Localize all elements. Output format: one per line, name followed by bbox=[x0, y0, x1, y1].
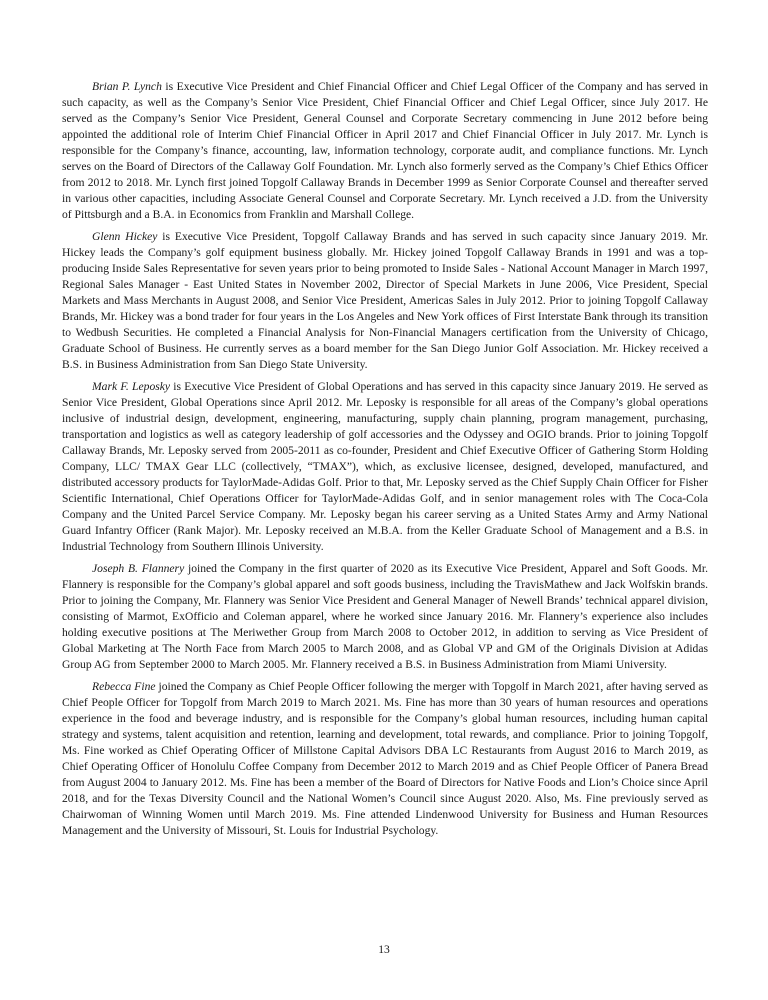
executive-name: Joseph B. Flannery bbox=[92, 562, 184, 575]
executive-name: Brian P. Lynch bbox=[92, 80, 162, 93]
executive-name: Rebecca Fine bbox=[92, 680, 156, 693]
bio-paragraph-lynch: Brian P. Lynch is Executive Vice Preside… bbox=[62, 79, 708, 223]
bio-text: is Executive Vice President and Chief Fi… bbox=[62, 80, 708, 221]
bio-paragraph-hickey: Glenn Hickey is Executive Vice President… bbox=[62, 229, 708, 373]
document-body: Brian P. Lynch is Executive Vice Preside… bbox=[62, 79, 708, 845]
page-number: 13 bbox=[0, 943, 768, 956]
bio-paragraph-flannery: Joseph B. Flannery joined the Company in… bbox=[62, 561, 708, 673]
bio-text: is Executive Vice President, Topgolf Cal… bbox=[62, 230, 708, 371]
executive-name: Mark F. Leposky bbox=[92, 380, 170, 393]
bio-text: joined the Company in the first quarter … bbox=[62, 562, 708, 671]
bio-paragraph-leposky: Mark F. Leposky is Executive Vice Presid… bbox=[62, 379, 708, 555]
bio-text: joined the Company as Chief People Offic… bbox=[62, 680, 708, 837]
executive-name: Glenn Hickey bbox=[92, 230, 157, 243]
bio-paragraph-fine: Rebecca Fine joined the Company as Chief… bbox=[62, 679, 708, 839]
bio-text: is Executive Vice President of Global Op… bbox=[62, 380, 708, 553]
